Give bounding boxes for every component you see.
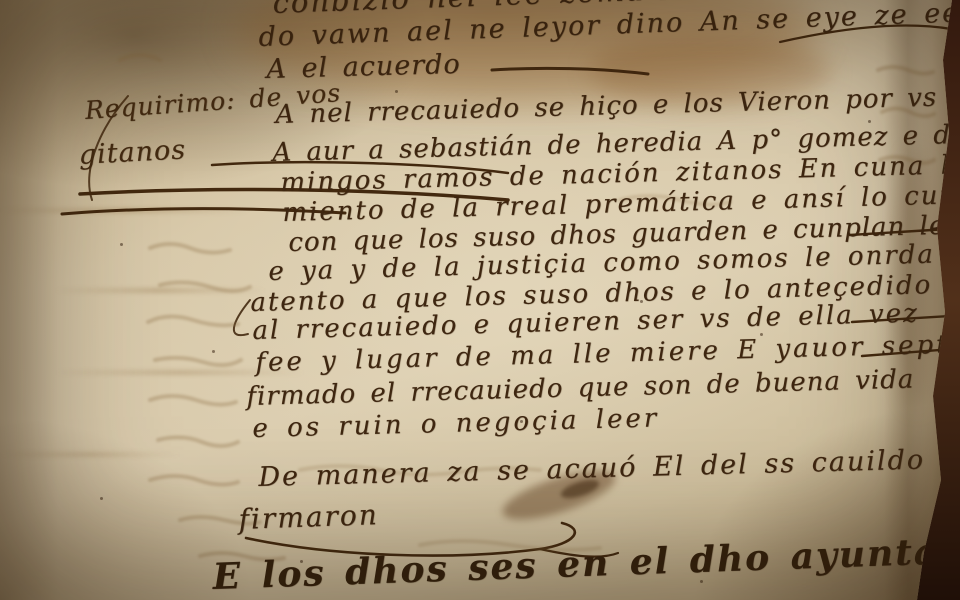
speck [395,90,398,93]
margin-note-line-2: gitanos [78,134,187,171]
speck [212,350,215,353]
speck [100,497,103,500]
speck [120,243,123,246]
manuscript-photo: Requirimo: de vos gitanos conbizio nel l… [0,0,960,600]
manuscript-body-line: De manera za se acauó El del ss cauildo … [258,443,960,493]
manuscript-body-line: firmaron [238,498,379,536]
paper-streak-1 [0,208,250,213]
paper-streak-4 [0,452,180,457]
manuscript-header-line: A el acuerdo [266,49,461,85]
paper-streak-2 [55,288,265,293]
manuscript-page: Requirimo: de vos gitanos conbizio nel l… [0,0,960,600]
